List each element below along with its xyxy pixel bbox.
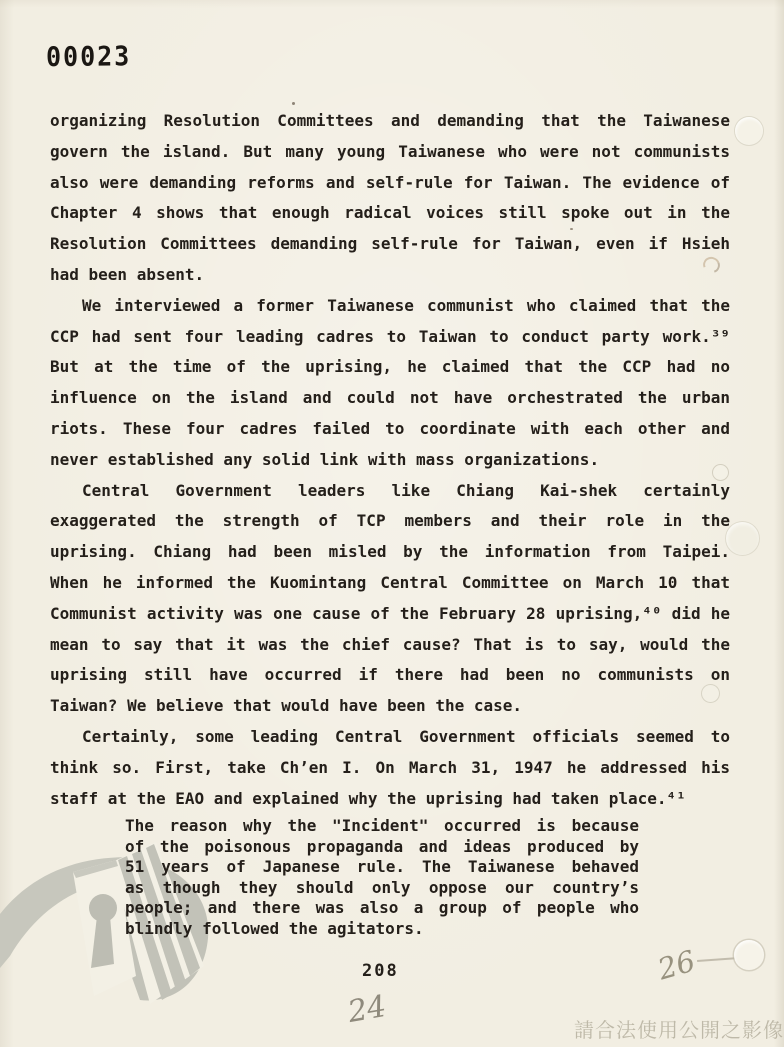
typewritten-line: had been absent. bbox=[50, 260, 730, 291]
typewritten-line: Communist activity was one cause of the … bbox=[50, 599, 730, 630]
blockquote: The reason why the "Incident" occurred i… bbox=[125, 816, 639, 940]
typewritten-line: never established any solid link with ma… bbox=[50, 445, 730, 476]
document-stamp-number: 00023 bbox=[46, 40, 132, 72]
typewritten-line: blindly followed the agitators. bbox=[125, 919, 639, 940]
typewritten-line: also were demanding reforms and self-rul… bbox=[50, 168, 730, 199]
typewritten-line: Certainly, some leading Central Governme… bbox=[50, 722, 730, 753]
typewritten-line: as though they should only oppose our co… bbox=[125, 878, 639, 899]
typewritten-line: organizing Resolution Committees and dem… bbox=[50, 106, 730, 137]
typewritten-line: But at the time of the uprising, he clai… bbox=[50, 352, 730, 383]
typewritten-line: people; and there was also a group of pe… bbox=[125, 898, 639, 919]
typewritten-line: exaggerated the strength of TCP members … bbox=[50, 506, 730, 537]
page-number: 208 bbox=[362, 961, 399, 981]
handwritten-annotation-center: 24 bbox=[345, 989, 389, 1030]
paper-ring-mark bbox=[712, 464, 729, 481]
body-text: organizing Resolution Committees and dem… bbox=[50, 106, 730, 814]
typewritten-line: govern the island. But many young Taiwan… bbox=[50, 137, 730, 168]
typewritten-line: staff at the EAO and explained why the u… bbox=[50, 784, 730, 815]
paper-speck bbox=[570, 228, 573, 230]
typewritten-line: think so. First, take Ch’en I. On March … bbox=[50, 753, 730, 784]
punch-hole-top bbox=[735, 117, 763, 145]
typewritten-line: When he informed the Kuomintang Central … bbox=[50, 568, 730, 599]
scanned-page: 00023 organizing Resolution Committees a… bbox=[0, 0, 784, 1047]
typewritten-line: influence on the island and could not ha… bbox=[50, 383, 730, 414]
typewritten-line: of the poisonous propaganda and ideas pr… bbox=[125, 837, 639, 858]
typewritten-line: uprising still have occurred if there ha… bbox=[50, 660, 730, 691]
typewritten-line: The reason why the "Incident" occurred i… bbox=[125, 816, 639, 837]
typewritten-line: 51 years of Japanese rule. The Taiwanese… bbox=[125, 857, 639, 878]
typewritten-line: Chapter 4 shows that enough radical voic… bbox=[50, 198, 730, 229]
punch-hole-middle bbox=[726, 522, 759, 555]
typewritten-line: mean to say that it was the chief cause?… bbox=[50, 630, 730, 661]
typewritten-line: Taiwan? We believe that would have been … bbox=[50, 691, 730, 722]
handwritten-annotation-right: 26 bbox=[654, 944, 699, 987]
paper-speck bbox=[292, 102, 295, 105]
typewritten-line: riots. These four cadres failed to coord… bbox=[50, 414, 730, 445]
typewritten-line: We interviewed a former Taiwanese commun… bbox=[50, 291, 730, 322]
typewritten-line: uprising. Chiang had been misled by the … bbox=[50, 537, 730, 568]
paper-ring-mark-lower bbox=[701, 684, 720, 703]
typewritten-line: CCP had sent four leading cadres to Taiw… bbox=[50, 322, 730, 353]
typewritten-line: Central Government leaders like Chiang K… bbox=[50, 476, 730, 507]
typewritten-line: Resolution Committees demanding self-rul… bbox=[50, 229, 730, 260]
punch-hole-bottom bbox=[734, 940, 764, 970]
copyright-watermark-text: 請合法使用公開之影像 bbox=[574, 1014, 784, 1043]
